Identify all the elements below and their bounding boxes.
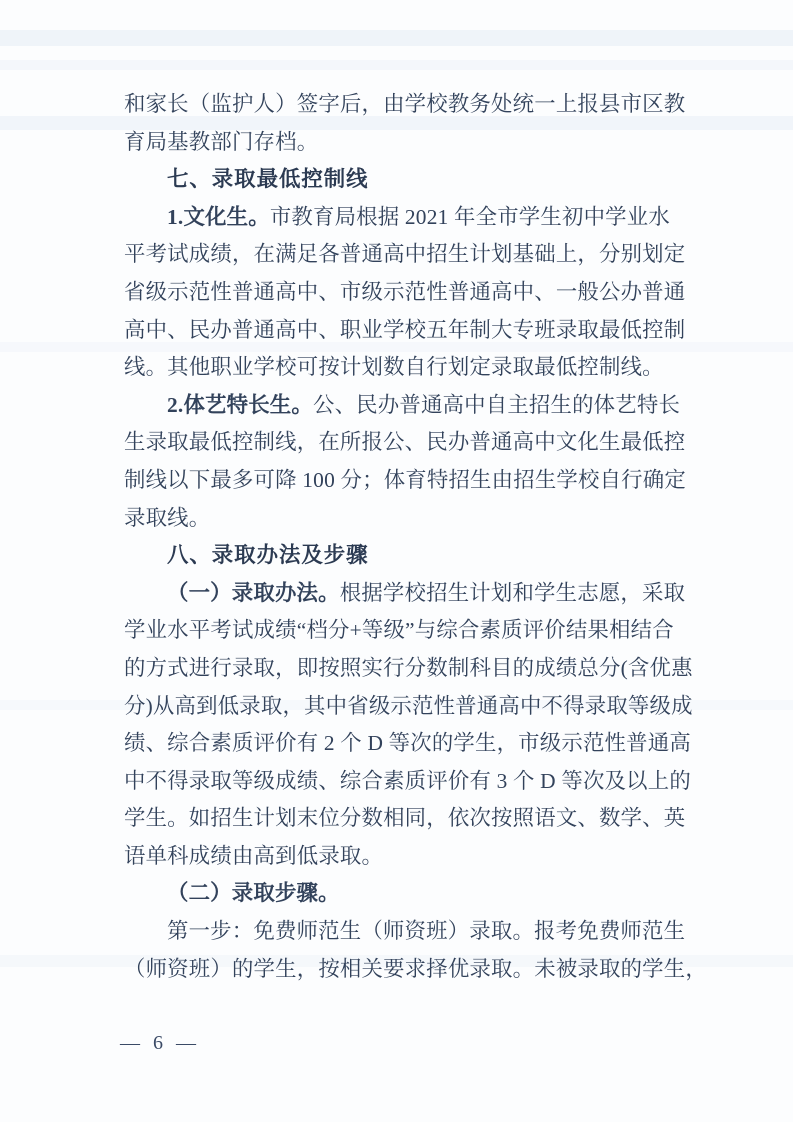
text-line: 平考试成绩，在满足各普通高中招生计划基础上，分别划定 bbox=[124, 236, 686, 274]
text-line: 语单科成绩由高到低录取。 bbox=[124, 838, 686, 876]
section-heading-8: 八、录取办法及步骤 bbox=[124, 537, 686, 575]
text-run: 根据学校招生计划和学生志愿，采取 bbox=[340, 581, 685, 605]
text-run: 线。其他职业学校可按计划数自行划定录取最低控制线。 bbox=[124, 355, 664, 379]
text-line: 育局基教部门存档。 bbox=[124, 124, 686, 162]
scan-artifact-band bbox=[0, 60, 793, 70]
text-run: 学生。如招生计划末位分数相同，依次按照语文、数学、英 bbox=[124, 806, 685, 830]
text-run: 省级示范性普通高中、市级示范性普通高中、一般公办普通 bbox=[124, 280, 685, 304]
text-run: 中不得录取等级成绩、综合素质评价有 3 个 D 等次及以上的 bbox=[124, 769, 691, 793]
text-line: （师资班）的学生，按相关要求择优录取。未被录取的学生， bbox=[124, 951, 686, 989]
text-run: 语单科成绩由高到低录取。 bbox=[124, 844, 383, 868]
text-line: 线。其他职业学校可按计划数自行划定录取最低控制线。 bbox=[124, 349, 686, 387]
text-run-bold: （二）录取步骤。 bbox=[167, 881, 340, 905]
scan-artifact-band bbox=[0, 30, 793, 46]
text-line: 第一步：免费师范生（师资班）录取。报考免费师范生 bbox=[124, 913, 686, 951]
page-number: — 6 — bbox=[120, 1028, 200, 1058]
text-run-bold: （一）录取办法。 bbox=[167, 581, 340, 605]
text-run: 市教育局根据 2021 年全市学生初中学业水 bbox=[270, 205, 670, 229]
subsection-heading: （二）录取步骤。 bbox=[124, 875, 686, 913]
text-run: 的方式进行录取，即按照实行分数制科目的成绩总分(含优惠 bbox=[124, 656, 693, 680]
text-line: 分)从高到低录取，其中省级示范性普通高中不得录取等级成 bbox=[124, 688, 686, 726]
text-line: 学业水平考试成绩“档分+等级”与综合素质评价结果相结合 bbox=[124, 612, 686, 650]
text-line: 2.体艺特长生。公、民办普通高中自主招生的体艺特长 bbox=[124, 387, 686, 425]
text-run: 育局基教部门存档。 bbox=[124, 130, 318, 154]
text-line: 录取线。 bbox=[124, 500, 686, 538]
text-line: 学生。如招生计划末位分数相同，依次按照语文、数学、英 bbox=[124, 800, 686, 838]
text-run: 制线以下最多可降 100 分；体育特招生由招生学校自行确定 bbox=[124, 468, 686, 492]
scanned-document-page: 和家长（监护人）签字后，由学校教务处统一上报县市区教 育局基教部门存档。 七、录… bbox=[0, 0, 793, 1122]
text-run-bold: 1.文化生。 bbox=[167, 205, 270, 229]
heading-text: 八、录取办法及步骤 bbox=[167, 543, 369, 567]
text-line: 高中、民办普通高中、职业学校五年制大专班录取最低控制 bbox=[124, 312, 686, 350]
text-line: 绩、综合素质评价有 2 个 D 等次的学生，市级示范性普通高 bbox=[124, 725, 686, 763]
text-line: 制线以下最多可降 100 分；体育特招生由招生学校自行确定 bbox=[124, 462, 686, 500]
section-heading-7: 七、录取最低控制线 bbox=[124, 161, 686, 199]
text-run: 录取线。 bbox=[124, 506, 210, 530]
text-run: 公、民办普通高中自主招生的体艺特长 bbox=[313, 393, 680, 417]
text-run: （师资班）的学生，按相关要求择优录取。未被录取的学生， bbox=[124, 957, 707, 981]
text-line: 的方式进行录取，即按照实行分数制科目的成绩总分(含优惠 bbox=[124, 650, 686, 688]
text-run-bold: 2.体艺特长生。 bbox=[167, 393, 313, 417]
text-run: 绩、综合素质评价有 2 个 D 等次的学生，市级示范性普通高 bbox=[124, 731, 691, 755]
text-run: 生录取最低控制线，在所报公、民办普通高中文化生最低控 bbox=[124, 430, 685, 454]
text-run: 和家长（监护人）签字后，由学校教务处统一上报县市区教 bbox=[124, 92, 685, 116]
text-run: 平考试成绩，在满足各普通高中招生计划基础上，分别划定 bbox=[124, 242, 685, 266]
text-run: 分)从高到低录取，其中省级示范性普通高中不得录取等级成 bbox=[124, 694, 693, 718]
text-run: 学业水平考试成绩“档分+等级”与综合素质评价结果相结合 bbox=[124, 618, 674, 642]
text-line: 生录取最低控制线，在所报公、民办普通高中文化生最低控 bbox=[124, 424, 686, 462]
document-text-block: 和家长（监护人）签字后，由学校教务处统一上报县市区教 育局基教部门存档。 七、录… bbox=[124, 86, 686, 988]
text-line: 1.文化生。市教育局根据 2021 年全市学生初中学业水 bbox=[124, 199, 686, 237]
text-run: 第一步：免费师范生（师资班）录取。报考免费师范生 bbox=[167, 919, 685, 943]
text-line: 省级示范性普通高中、市级示范性普通高中、一般公办普通 bbox=[124, 274, 686, 312]
text-line: 和家长（监护人）签字后，由学校教务处统一上报县市区教 bbox=[124, 86, 686, 124]
heading-text: 七、录取最低控制线 bbox=[167, 167, 369, 191]
text-line: 中不得录取等级成绩、综合素质评价有 3 个 D 等次及以上的 bbox=[124, 763, 686, 801]
text-line: （一）录取办法。根据学校招生计划和学生志愿，采取 bbox=[124, 575, 686, 613]
text-run: 高中、民办普通高中、职业学校五年制大专班录取最低控制 bbox=[124, 318, 685, 342]
